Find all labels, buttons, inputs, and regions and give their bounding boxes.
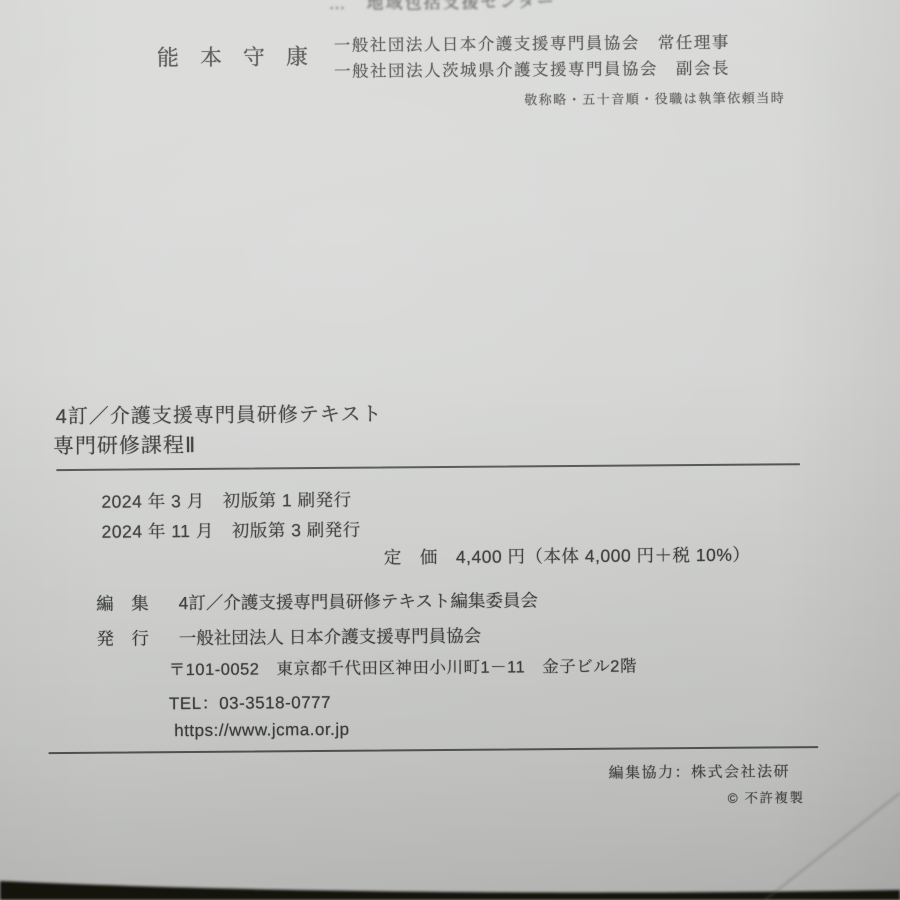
author-name: 能本守康 [157, 40, 329, 72]
publisher-tel: TEL：03-3518-0777 [169, 688, 331, 714]
author-affiliation-1: 一般社団法人日本介護支援専門員協会 常任理事 [334, 29, 730, 56]
publisher-address: 〒101-0052 東京都千代田区神田小川町1－11 金子ビル2階 [169, 653, 637, 681]
publisher-label: 発 行 [96, 625, 149, 650]
page-content: … 地域包括支援センター 能本守康 一般社団法人日本介護支援専門員協会 常任理事… [0, 0, 900, 900]
clipped-top-line: … 地域包括支援センター [328, 0, 556, 14]
editor-value: 4訂／介護支援専門員研修テキスト編集委員会 [178, 590, 538, 613]
publisher-value: 一般社団法人 日本介護支援専門員協会 [179, 626, 482, 648]
edition-line-1: 2024 年 3 月 初版第 1 刷発行 [101, 487, 351, 514]
editor-label: 編 集 [96, 590, 149, 615]
price-line: 定 価 4,400 円（本体 4,000 円＋税 10%） [384, 542, 751, 570]
publisher-url: https://www.jcma.or.jp [174, 720, 350, 741]
editorial-cooperation: 編集協力：株式会社法研 [608, 760, 790, 782]
edition-line-2: 2024 年 11 月 初版第 3 刷発行 [102, 517, 361, 544]
editor-row: 編 集 4訂／介護支援専門員研修テキスト編集委員会 [96, 587, 538, 615]
divider-bottom [48, 746, 818, 754]
publisher-row: 発 行 一般社団法人 日本介護支援専門員協会 [96, 623, 481, 651]
book-title-line1: 4訂／介護支援専門員研修テキスト [56, 398, 383, 430]
credits-note: 敬称略・五十音順・役職は執筆依頼当時 [524, 87, 785, 108]
book-colophon-photo: … 地域包括支援センター 能本守康 一般社団法人日本介護支援専門員協会 常任理事… [0, 0, 900, 900]
author-affiliation-2: 一般社団法人茨城県介護支援専門員協会 副会長 [334, 55, 730, 82]
divider-top [56, 463, 800, 471]
book-title-line2: 専門研修課程Ⅱ [53, 429, 197, 460]
copyright-notice: © 不許複製 [728, 786, 805, 807]
